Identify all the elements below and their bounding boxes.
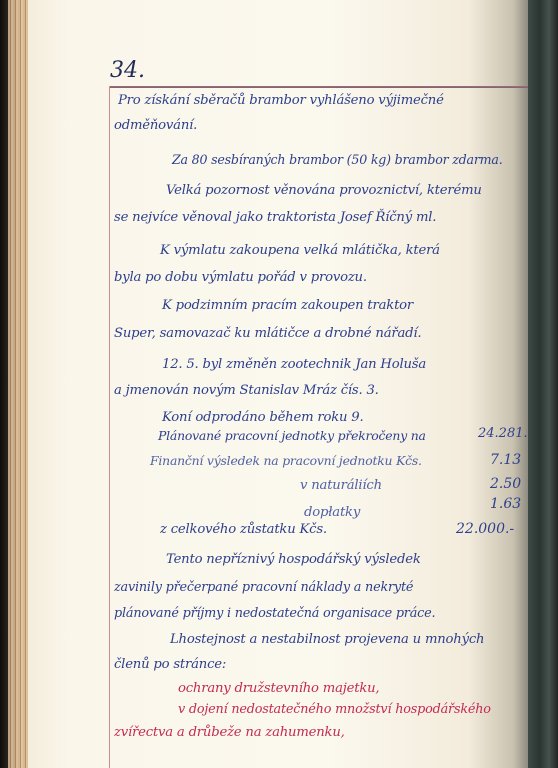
text-line: Lhostejnost a nestabilnost projevena u m… bbox=[170, 632, 484, 647]
book-cover-edge bbox=[528, 0, 558, 768]
text-line: K výmlatu zakoupena velká mlátička, kter… bbox=[160, 243, 440, 258]
text-line: Super, samovazač ku mlátičce a drobné ná… bbox=[114, 326, 421, 341]
text-line: Plánované pracovní jednotky překročeny n… bbox=[158, 428, 426, 443]
text-line-red: ochrany družstevního majetku, bbox=[178, 681, 379, 696]
total-balance-value: 22.000.- bbox=[456, 521, 514, 537]
text-line: a jmenován novým Stanislav Mráz čís. 3. bbox=[114, 383, 379, 398]
per-unit-total-value: 7.13 bbox=[490, 452, 521, 468]
text-line: se nejvíce věnoval jako traktorista Jose… bbox=[114, 210, 436, 225]
top-rule-line bbox=[110, 86, 528, 88]
text-line: v naturáliích bbox=[300, 478, 382, 493]
text-line-red: v dojení nedostatečného množství hospodá… bbox=[178, 702, 491, 717]
work-units-value: 24.281. bbox=[478, 426, 528, 441]
page-number: 34. bbox=[110, 58, 145, 83]
text-line: Koní odprodáno během roku 9. bbox=[162, 410, 363, 425]
text-line: Tento nepříznivý hospodářský výsledek bbox=[166, 552, 421, 567]
text-line: Velká pozornost věnována provoznictví, k… bbox=[166, 183, 482, 198]
text-line: K podzimním pracím zakoupen traktor bbox=[162, 298, 413, 313]
text-line: Za 80 sesbíraných brambor (50 kg) brambo… bbox=[172, 152, 503, 167]
text-line: dopłatky bbox=[304, 505, 360, 520]
text-line: odměňování. bbox=[114, 118, 197, 133]
left-margin-line bbox=[109, 86, 110, 768]
text-line: plánované příjmy i nedostatečná organisa… bbox=[114, 606, 435, 621]
supplements-value: 1.63 bbox=[490, 496, 521, 512]
text-line: byla po dobu výmlatu pořád v provozu. bbox=[114, 270, 367, 285]
text-line: Pro získání sběračů brambor vyhlášeno vý… bbox=[118, 93, 444, 108]
text-line: z celkového zůstatku Kčs. bbox=[160, 522, 327, 537]
in-kind-value: 2.50 bbox=[490, 476, 521, 492]
page-edges bbox=[8, 0, 30, 768]
text-line: 12. 5. byl změněn zootechnik Jan Holuša bbox=[162, 357, 426, 372]
text-line: zavinily přečerpané pracovní náklady a n… bbox=[114, 580, 413, 595]
text-line-red: zvířectva a drůbeže na zahumenku, bbox=[114, 725, 345, 740]
text-line: Finanční výsledek na pracovní jednotku K… bbox=[150, 453, 422, 468]
text-line: členů po stránce: bbox=[114, 657, 226, 672]
